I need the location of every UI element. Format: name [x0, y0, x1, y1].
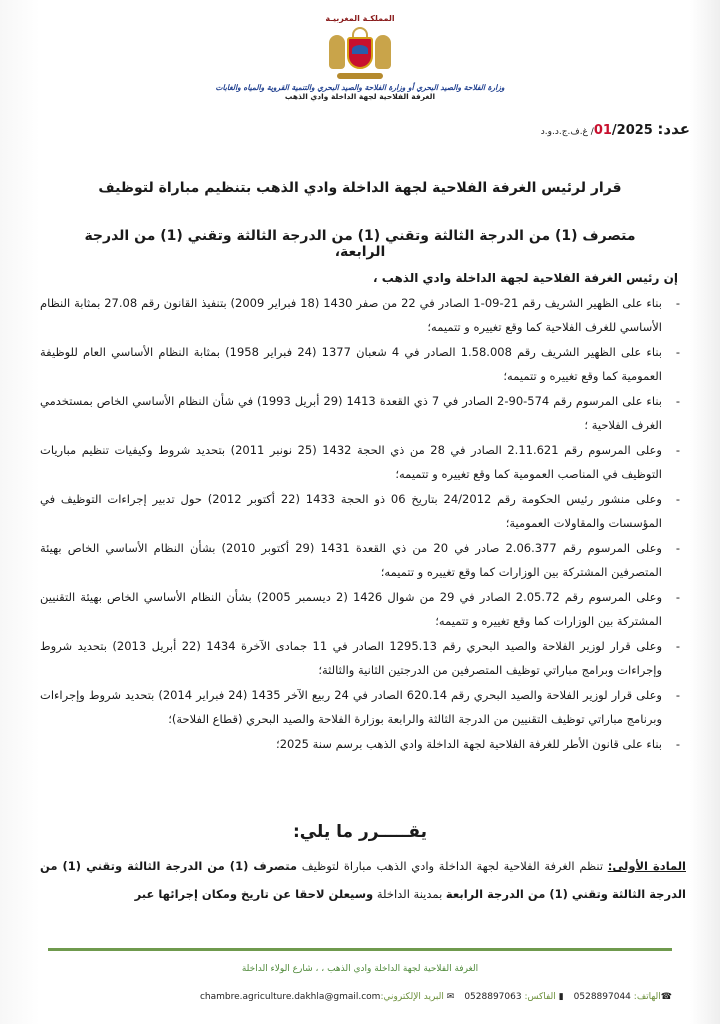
- lion-left-icon: [329, 35, 345, 69]
- shield-icon: [347, 37, 373, 69]
- legal-basis-item: -بناء على قانون الأطر للغرفة الفلاحية لج…: [40, 732, 686, 757]
- legal-basis-item: -وعلى قرار لوزير الفلاحة والصيد البحري ر…: [40, 634, 686, 683]
- letterhead: المملكـة المغربيـة وزارة الفلاحة والصيد …: [0, 14, 720, 101]
- ribbon-icon: [337, 73, 383, 79]
- footer-contact: ☎الهاتف: 0528897044 ▮ الفاكس: 0528897063…: [48, 992, 672, 1002]
- document-page: المملكـة المغربيـة وزارة الفلاحة والصيد …: [0, 0, 720, 1024]
- legal-basis-item: -بناء على الظهير الشريف رقم 21-09-1 الصا…: [40, 291, 686, 340]
- phone-group: ☎الهاتف: 0528897044: [574, 992, 672, 1002]
- legal-basis-item: -بناء على الظهير الشريف رقم 1.58.008 الص…: [40, 340, 686, 389]
- article-1: المادة الأولى: تنظم الغرفة الفلاحية لجهة…: [40, 852, 686, 908]
- email-address[interactable]: chambre.agriculture.dakhla@gmail.com: [200, 992, 381, 1002]
- kingdom-title: المملكـة المغربيـة: [0, 14, 720, 23]
- article-1-label: المادة الأولى:: [608, 859, 686, 873]
- legal-basis-item: -وعلى المرسوم رقم 2.11.621 الصادر في 28 …: [40, 438, 686, 487]
- fax-group: ▮ الفاكس: 0528897063: [464, 992, 563, 1002]
- email-icon: ✉: [447, 992, 455, 1002]
- reference-label: عدد:: [657, 120, 690, 138]
- legal-basis-item: -وعلى المرسوم رقم 2.05.72 الصادر في 29 م…: [40, 585, 686, 634]
- reference-year: /2025: [612, 123, 653, 138]
- decision-title-line-2: متصرف (1) من الدرجة الثالثة وتقني (1) من…: [60, 228, 660, 260]
- reference-suffix: / غ.ف.ج.د.و.د: [541, 127, 594, 137]
- legal-basis-item: -بناء على المرسوم رقم 574-90-2 الصادر في…: [40, 389, 686, 438]
- phone-icon: ☎: [661, 992, 672, 1002]
- legal-basis-item: -وعلى المرسوم رقم 2.06.377 صادر في 20 من…: [40, 536, 686, 585]
- legal-basis-item: -وعلى قرار لوزير الفلاحة والصيد البحري ر…: [40, 683, 686, 732]
- crown-icon: [352, 27, 368, 37]
- preamble-intro: إن رئيس الغرفة الفلاحية لجهة الداخلة واد…: [40, 266, 678, 291]
- decision-heading: يقـــــرر ما يلي:: [0, 822, 720, 842]
- fax-icon: ▮: [559, 992, 564, 1002]
- phone-number: 0528897044: [574, 992, 631, 1002]
- chamber-name: الغرفة الفلاحية لجهة الداخلة وادي الذهب: [0, 92, 720, 101]
- decision-title-line-1: قرار لرئيس الغرفة الفلاحية لجهة الداخلة …: [60, 180, 660, 196]
- reference-number: عدد: 01/2025/ غ.ف.ج.د.و.د: [541, 120, 690, 138]
- footer-address: الغرفة الفلاحية لجهة الداخلة وادي الذهب …: [0, 964, 720, 974]
- email-group: ✉ البريد الإلكتروني:chambre.agriculture.…: [200, 992, 454, 1002]
- footer-divider: [48, 948, 672, 951]
- royal-coat-of-arms-icon: [325, 27, 395, 81]
- preamble: إن رئيس الغرفة الفلاحية لجهة الداخلة واد…: [40, 266, 686, 756]
- fax-number: 0528897063: [464, 992, 521, 1002]
- reference-num: 01: [594, 123, 612, 138]
- ministry-name: وزارة الفلاحة والصيد البحري أو وزارة الف…: [0, 83, 720, 92]
- lion-right-icon: [375, 35, 391, 69]
- legal-basis-item: -وعلى منشور رئيس الحكومة رقم 24/2012 بتا…: [40, 487, 686, 536]
